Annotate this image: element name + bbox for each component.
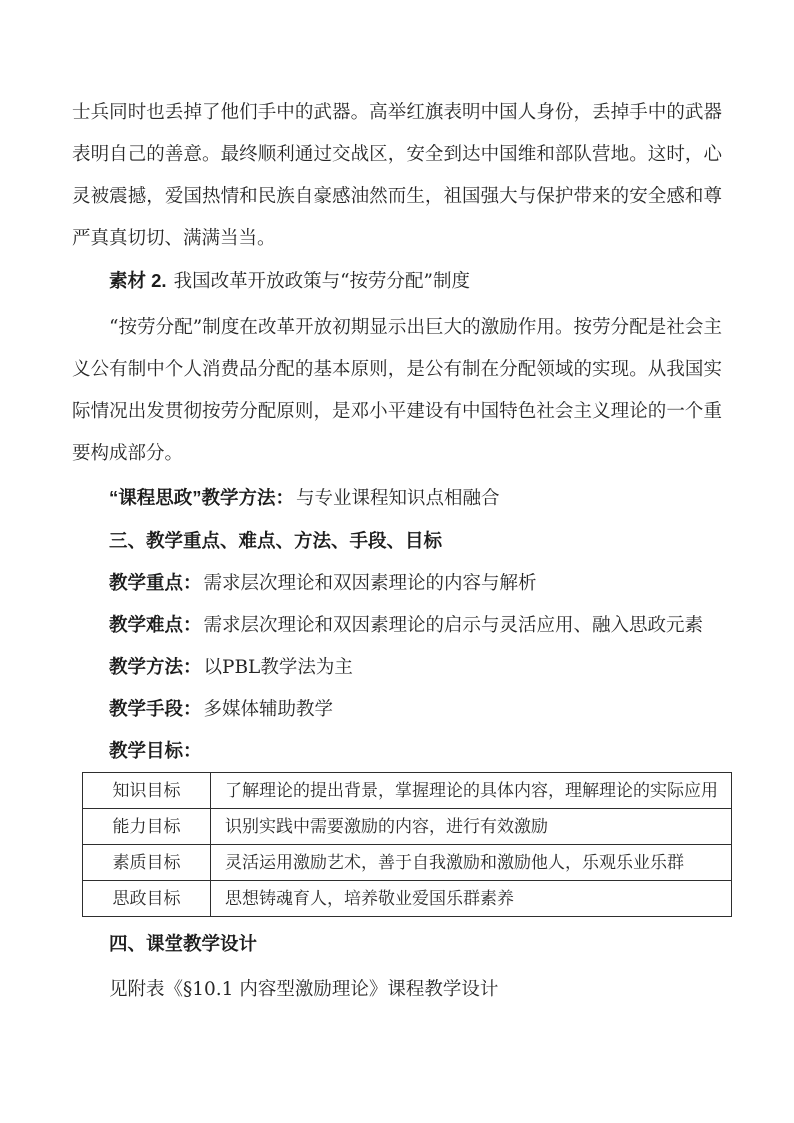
objective-category-cell: 思政目标 bbox=[83, 881, 211, 917]
material-2-label: 素材 2. bbox=[109, 270, 167, 291]
material-2-title: 我国改革开放政策与“按劳分配”制度 bbox=[174, 271, 470, 292]
table-row: 能力目标 识别实践中需要激励的内容，进行有效激励 bbox=[83, 809, 732, 845]
section-4-heading: 四、课堂教学设计 bbox=[72, 923, 722, 965]
material-2-line: 素材 2.我国改革开放政策与“按劳分配”制度 bbox=[72, 260, 722, 303]
table-row: 素质目标 灵活运用激励艺术，善于自我激励和激励他人，乐观乐业乐群 bbox=[83, 845, 732, 881]
objective-description-cell: 灵活运用激励艺术，善于自我激励和激励他人，乐观乐业乐群 bbox=[211, 845, 732, 881]
table-row: 思政目标 思想铸魂育人，培养敬业爱国乐群素养 bbox=[83, 881, 732, 917]
teaching-item-line: 教学目标： bbox=[72, 730, 722, 772]
appendix-reference-line: 见附表《§10.1 内容型激励理论》课程教学设计 bbox=[72, 969, 722, 1011]
ideology-method-line: “课程思政”教学方法：与专业课程知识点相融合 bbox=[72, 477, 722, 520]
section-3-heading: 三、教学重点、难点、方法、手段、目标 bbox=[72, 520, 722, 562]
teaching-item-line: 教学手段：多媒体辅助教学 bbox=[72, 688, 722, 730]
teaching-item-label: 教学目标： bbox=[109, 740, 202, 761]
teaching-item-label: 教学手段： bbox=[109, 698, 202, 719]
teaching-item-text: 需求层次理论和双因素理论的启示与灵活应用、融入思政元素 bbox=[204, 615, 704, 636]
document-page: 士兵同时也丢掉了他们手中的武器。高举红旗表明中国人身份，丢掉手中的武器表明自己的… bbox=[0, 0, 794, 1123]
ideology-method-label: “课程思政”教学方法： bbox=[109, 487, 294, 508]
teaching-item-line: 教学方法：以PBL教学法为主 bbox=[72, 646, 722, 688]
objective-category-cell: 能力目标 bbox=[83, 809, 211, 845]
teaching-item-line: 教学难点：需求层次理论和双因素理论的启示与灵活应用、融入思政元素 bbox=[72, 604, 722, 646]
body-paragraph-2: “按劳分配”制度在改革开放初期显示出巨大的激励作用。按劳分配是社会主义公有制中个… bbox=[72, 307, 722, 475]
teaching-item-label: 教学重点： bbox=[109, 572, 202, 593]
objective-description-cell: 识别实践中需要激励的内容，进行有效激励 bbox=[211, 809, 732, 845]
ideology-method-text: 与专业课程知识点相融合 bbox=[296, 488, 500, 509]
objective-description-cell: 思想铸魂育人，培养敬业爱国乐群素养 bbox=[211, 881, 732, 917]
body-paragraph-1: 士兵同时也丢掉了他们手中的武器。高举红旗表明中国人身份，丢掉手中的武器表明自己的… bbox=[72, 92, 722, 260]
teaching-item-text: 多媒体辅助教学 bbox=[204, 699, 334, 720]
teaching-item-label: 教学难点： bbox=[109, 614, 202, 635]
objectives-table: 知识目标 了解理论的提出背景，掌握理论的具体内容，理解理论的实际应用 能力目标 … bbox=[82, 772, 732, 917]
teaching-item-line: 教学重点：需求层次理论和双因素理论的内容与解析 bbox=[72, 562, 722, 604]
objective-category-cell: 素质目标 bbox=[83, 845, 211, 881]
objective-description-cell: 了解理论的提出背景，掌握理论的具体内容，理解理论的实际应用 bbox=[211, 773, 732, 809]
teaching-item-text: 需求层次理论和双因素理论的内容与解析 bbox=[204, 573, 537, 594]
teaching-item-text: 以PBL教学法为主 bbox=[204, 657, 353, 678]
teaching-item-label: 教学方法： bbox=[109, 656, 202, 677]
objective-category-cell: 知识目标 bbox=[83, 773, 211, 809]
table-row: 知识目标 了解理论的提出背景，掌握理论的具体内容，理解理论的实际应用 bbox=[83, 773, 732, 809]
